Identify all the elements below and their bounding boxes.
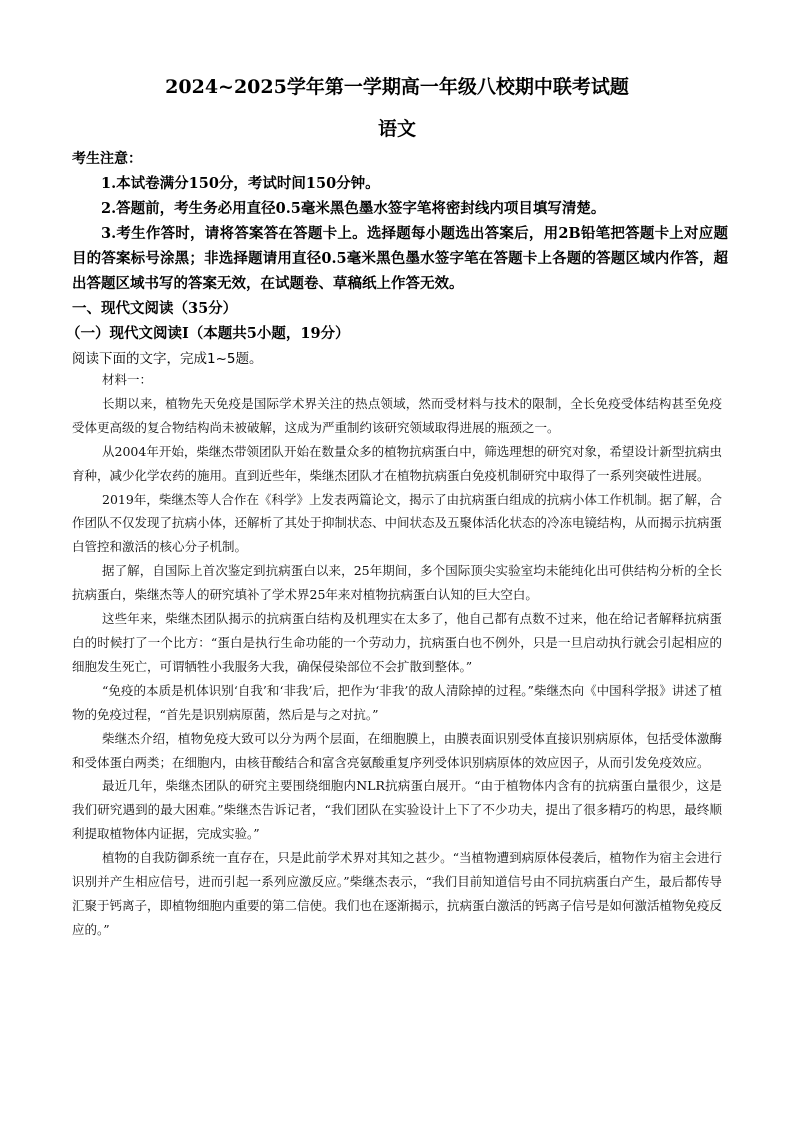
material-paragraph: 植物的自我防御系统一直存在，只是此前学术界对其知之甚少。“当植物遭到病原体侵袭后…: [72, 846, 722, 942]
exam-title: 2024~2025学年第一学期高一年级八校期中联考试题: [0, 72, 794, 99]
material-paragraph: 最近几年，柴继杰团队的研究主要围绕细胞内NLR抗病蛋白展开。“由于植物体内含有的…: [72, 774, 722, 846]
material-paragraph: 2019年，柴继杰等人合作在《科学》上发表两篇论文，揭示了由抗病蛋白组成的抗病小…: [72, 488, 722, 560]
material-paragraph: 据了解，自国际上首次鉴定到抗病蛋白以来，25年期间，多个国际顶尖实验室均未能纯化…: [72, 559, 722, 607]
notice-item: 3.考生作答时，请将答案答在答题卡上。选择题每小题选出答案后，用2B铅笔把答题卡…: [72, 221, 728, 296]
material-label: 材料一：: [72, 368, 722, 392]
part-title: 一、现代文阅读（35分）: [72, 297, 237, 318]
reading-material: 材料一： 长期以来，植物先天免疫是国际学术界关注的热点领域，然而受材料与技术的限…: [72, 368, 722, 942]
material-paragraph: 这些年来，柴继杰团队揭示的抗病蛋白结构及机理实在太多了，他自己都有点数不过来，他…: [72, 607, 722, 679]
reading-instruction: 阅读下面的文字，完成1~5题。: [72, 347, 263, 367]
exam-subject: 语文: [0, 114, 794, 141]
material-paragraph: 长期以来，植物先天免疫是国际学术界关注的热点领域，然而受材料与技术的限制，全长免…: [72, 392, 722, 440]
material-paragraph: 从2004年开始，柴继杰带领团队开始在数量众多的植物抗病蛋白中，筛选理想的研究对…: [72, 440, 722, 488]
notice-item: 2.答题前，考生务必用直径0.5毫米黑色墨水签字笔将密封线内项目填写清楚。: [72, 196, 728, 221]
exam-page: 2024~2025学年第一学期高一年级八校期中联考试题 语文 考生注意： 1.本…: [0, 0, 794, 1123]
notice-heading: 考生注意：: [72, 148, 142, 168]
notice-list: 1.本试卷满分150分，考试时间150分钟。 2.答题前，考生务必用直径0.5毫…: [72, 171, 728, 296]
material-paragraph: “免疫的本质是机体识别‘自我’和‘非我’后，把作为‘非我’的敌人清除掉的过程。”…: [72, 679, 722, 727]
sub-section-title: （一）现代文阅读Ⅰ（本题共5小题，19分）: [66, 322, 350, 343]
notice-item: 1.本试卷满分150分，考试时间150分钟。: [72, 171, 728, 196]
material-paragraph: 柴继杰介绍，植物免疫大致可以分为两个层面，在细胞膜上，由膜表面识别受体直接识别病…: [72, 727, 722, 775]
